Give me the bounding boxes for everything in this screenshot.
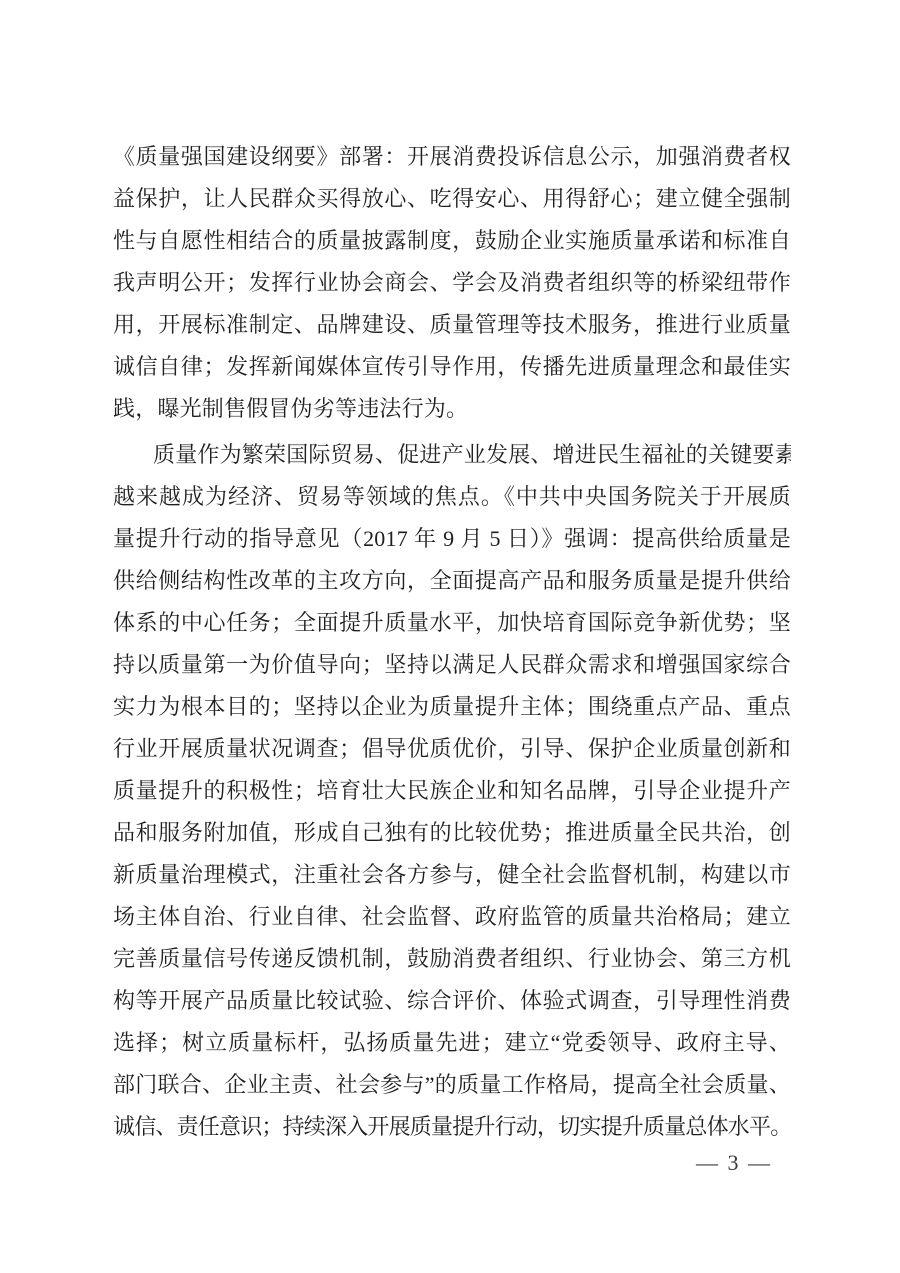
text-line: 越来越成为经济、贸易等领域的焦点。《中共中央国务院关于开展质 bbox=[113, 476, 791, 518]
text-line: 选择；树立质量标杆，弘扬质量先进；建立“党委领导、政府主导、 bbox=[113, 1022, 791, 1064]
text-line: 体系的中心任务；全面提升质量水平，加快培育国际竞争新优势；坚 bbox=[113, 602, 791, 644]
text-line: 《质量强国建设纲要》部署：开展消费投诉信息公示，加强消费者权 bbox=[113, 136, 791, 178]
text-line: 构等开展产品质量比较试验、综合评价、体验式调查，引导理性消费 bbox=[113, 980, 791, 1022]
body-text: 《质量强国建设纲要》部署：开展消费投诉信息公示，加强消费者权 益保护，让人民群众… bbox=[113, 136, 791, 1148]
text-line: 质量作为繁荣国际贸易、促进产业发展、增进民生福祉的关键要素， bbox=[113, 434, 791, 476]
text-line: 诚信自律；发挥新闻媒体宣传引导作用，传播先进质量理念和最佳实 bbox=[113, 346, 791, 388]
text-line: 我声明公开；发挥行业协会商会、学会及消费者组织等的桥梁纽带作 bbox=[113, 262, 791, 304]
text-line: 新质量治理模式，注重社会各方参与，健全社会监督机制，构建以市 bbox=[113, 854, 791, 896]
text-line: 部门联合、企业主责、社会参与”的质量工作格局，提高全社会质量、 bbox=[113, 1064, 791, 1106]
document-page: 《质量强国建设纲要》部署：开展消费投诉信息公示，加强消费者权 益保护，让人民群众… bbox=[0, 0, 900, 1273]
text-line: 性与自愿性相结合的质量披露制度，鼓励企业实施质量承诺和标准自 bbox=[113, 220, 791, 262]
text-line: 完善质量信号传递反馈机制，鼓励消费者组织、行业协会、第三方机 bbox=[113, 938, 791, 980]
text-line: 实力为根本目的；坚持以企业为质量提升主体；围绕重点产品、重点 bbox=[113, 686, 791, 728]
text-line: 供给侧结构性改革的主攻方向，全面提高产品和服务质量是提升供给 bbox=[113, 560, 791, 602]
text-line: 场主体自治、行业自律、社会监督、政府监管的质量共治格局；建立 bbox=[113, 896, 791, 938]
text-line: 诚信、责任意识；持续深入开展质量提升行动，切实提升质量总体水平。 bbox=[113, 1106, 791, 1148]
page-number: — 3 — bbox=[696, 1150, 772, 1176]
text-line: 用，开展标准制定、品牌建设、质量管理等技术服务，推进行业质量 bbox=[113, 304, 791, 346]
text-line: 益保护，让人民群众买得放心、吃得安心、用得舒心；建立健全强制 bbox=[113, 178, 791, 220]
text-line: 品和服务附加值，形成自己独有的比较优势；推进质量全民共治，创 bbox=[113, 812, 791, 854]
paragraph-1: 《质量强国建设纲要》部署：开展消费投诉信息公示，加强消费者权 益保护，让人民群众… bbox=[113, 136, 791, 430]
text-line: 质量提升的积极性；培育壮大民族企业和知名品牌，引导企业提升产 bbox=[113, 770, 791, 812]
text-line: 量提升行动的指导意见（2017 年 9 月 5 日）》强调：提高供给质量是 bbox=[113, 518, 791, 560]
text-line: 持以质量第一为价值导向；坚持以满足人民群众需求和增强国家综合 bbox=[113, 644, 791, 686]
paragraph-2: 质量作为繁荣国际贸易、促进产业发展、增进民生福祉的关键要素， 越来越成为经济、贸… bbox=[113, 434, 791, 1148]
text-line: 行业开展质量状况调查；倡导优质优价，引导、保护企业质量创新和 bbox=[113, 728, 791, 770]
text-line: 践，曝光制售假冒伪劣等违法行为。 bbox=[113, 388, 791, 430]
